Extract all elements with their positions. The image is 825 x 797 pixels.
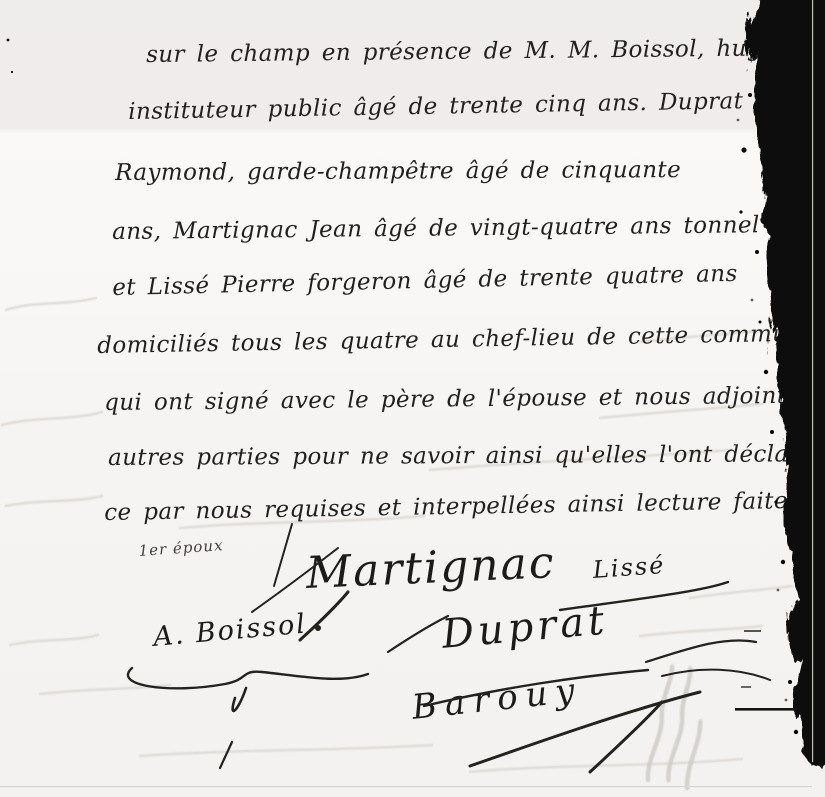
signature-lisse: Lissé xyxy=(592,551,666,584)
signature-barouy: Barouy xyxy=(410,670,584,728)
manuscript-line-4: ans, Martignac Jean âgé de vingt-quatre … xyxy=(112,212,760,245)
scanned-manuscript-page: sur le champ en présence de M. M. Boisso… xyxy=(0,0,825,797)
manuscript-line-9: ce par nous requises et interpellées ain… xyxy=(104,488,788,526)
signature-martignac: Martignac xyxy=(305,537,556,599)
manuscript-line-8: autres parties pour ne savoir ainsi qu'e… xyxy=(108,441,825,471)
margin-note-epoux: 1er époux xyxy=(138,536,224,560)
manuscript-line-1: sur le champ en présence de M. M. Boisso… xyxy=(146,35,777,68)
manuscript-line-6: domiciliés tous les quatre au chef-lieu … xyxy=(97,319,825,359)
manuscript-line-2: instituteur public âgé de trente cinq an… xyxy=(128,88,744,125)
manuscript-line-5: et Lissé Pierre forgeron âgé de trente q… xyxy=(112,261,738,301)
manuscript-line-3: Raymond, garde-champêtre âgé de cinquant… xyxy=(115,157,681,186)
manuscript-line-7: qui ont signé avec le père de l'épouse e… xyxy=(104,382,825,416)
signature-boissol: A. Boissol xyxy=(152,609,308,653)
signature-duprat: Duprat xyxy=(440,597,610,657)
